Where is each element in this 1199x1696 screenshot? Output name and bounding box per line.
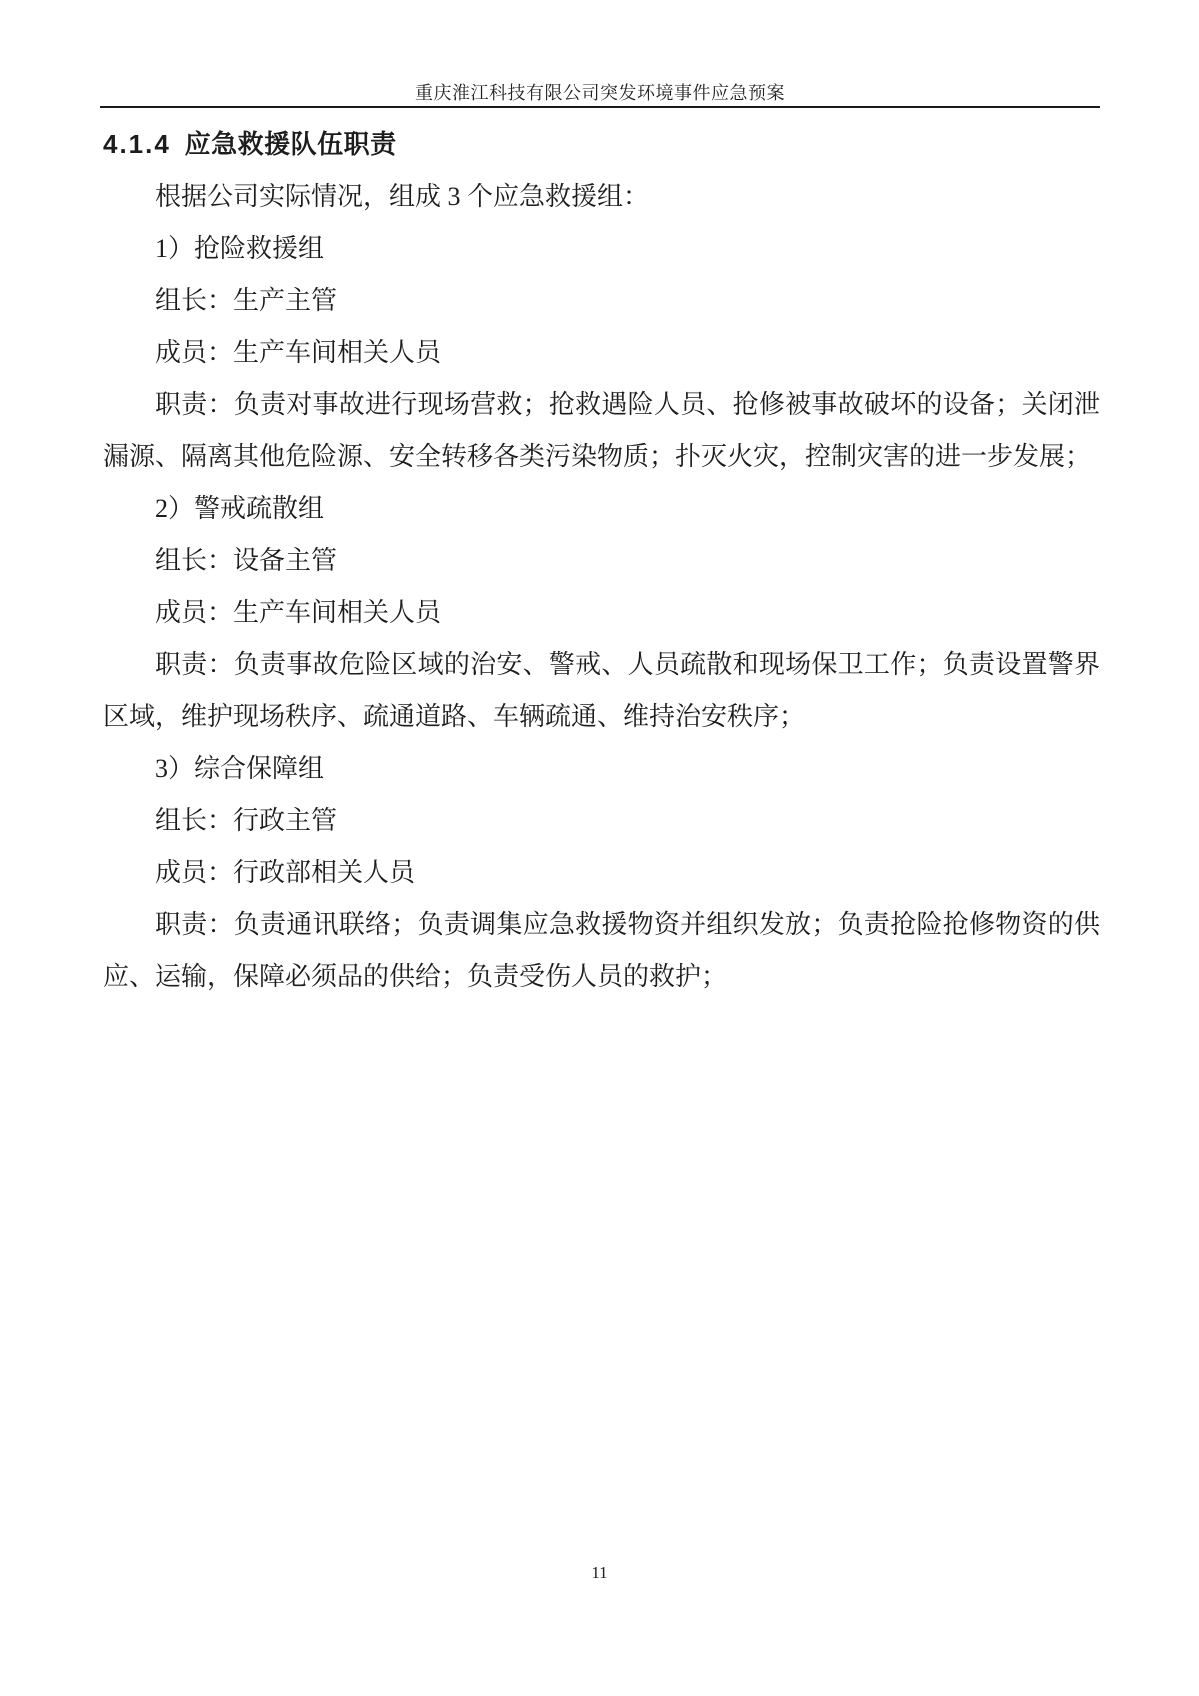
section-heading-number: 4.1.4 — [103, 129, 171, 159]
paragraph: 成员：行政部相关人员 — [103, 847, 1100, 899]
paragraph: 职责：负责对事故进行现场营救；抢救遇险人员、抢修被事故破坏的设备；关闭泄漏源、隔… — [103, 379, 1100, 483]
document-body: 4.1.4 应急救援队伍职责 根据公司实际情况，组成 3 个应急救援组： 1）抢… — [103, 128, 1100, 1003]
paragraph: 组长：设备主管 — [103, 535, 1100, 587]
section-heading: 4.1.4 应急救援队伍职责 — [103, 128, 1100, 160]
paragraph: 成员：生产车间相关人员 — [103, 327, 1100, 379]
paragraph: 2）警戒疏散组 — [103, 483, 1100, 535]
header-rule — [100, 106, 1100, 108]
paragraph: 3）综合保障组 — [103, 743, 1100, 795]
section-heading-title: 应急救援队伍职责 — [185, 129, 397, 159]
paragraph-list: 根据公司实际情况，组成 3 个应急救援组： 1）抢险救援组 组长：生产主管 成员… — [103, 171, 1100, 1003]
paragraph: 1）抢险救援组 — [103, 223, 1100, 275]
paragraph: 组长：行政主管 — [103, 795, 1100, 847]
paragraph: 组长：生产主管 — [103, 275, 1100, 327]
page-number: 11 — [0, 1562, 1199, 1584]
paragraph: 成员：生产车间相关人员 — [103, 587, 1100, 639]
paragraph: 职责：负责事故危险区域的治安、警戒、人员疏散和现场保卫工作；负责设置警界区域，维… — [103, 639, 1100, 743]
paragraph: 根据公司实际情况，组成 3 个应急救援组： — [103, 171, 1100, 223]
paragraph: 职责：负责通讯联络；负责调集应急救援物资并组织发放；负责抢险抢修物资的供应、运输… — [103, 899, 1100, 1003]
page-header-title: 重庆淮江科技有限公司突发环境事件应急预案 — [100, 83, 1100, 103]
document-page: 重庆淮江科技有限公司突发环境事件应急预案 4.1.4 应急救援队伍职责 根据公司… — [0, 0, 1199, 1696]
